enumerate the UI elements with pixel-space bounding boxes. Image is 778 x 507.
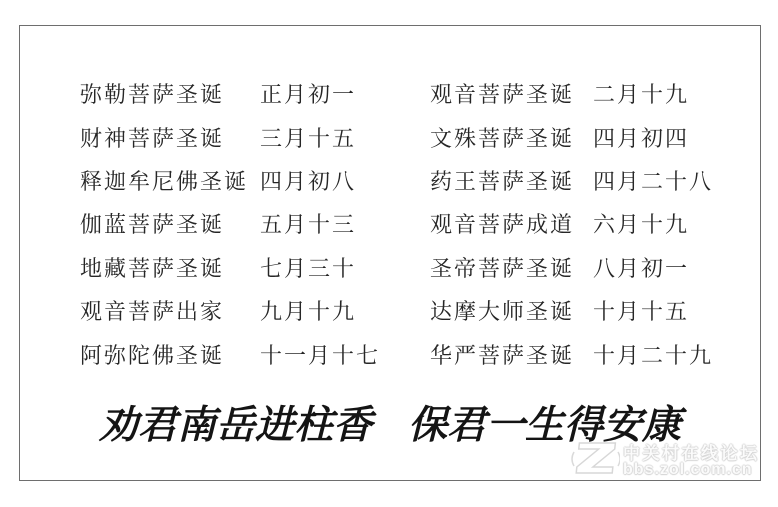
deity-entry-name: 文殊菩萨圣诞 [430,122,593,153]
deity-entry-name: 阿弥陀佛圣诞 [80,339,260,370]
festival-date: 十一月十七 [260,339,430,370]
festival-table: 弥勒菩萨圣诞 正月初一 观音菩萨圣诞 二月十九 财神菩萨圣诞 三月十五 文殊菩萨… [80,72,768,376]
festival-date: 四月初四 [593,122,768,153]
deity-entry-name: 观音菩萨出家 [80,295,260,326]
festival-date: 八月初一 [593,252,768,283]
festival-date: 四月二十八 [593,165,768,196]
deity-entry-name: 观音菩萨成道 [430,208,593,239]
deity-entry-name: 地藏菩萨圣诞 [80,252,260,283]
deity-entry-name: 圣帝菩萨圣诞 [430,252,593,283]
festival-date: 五月十三 [260,208,430,239]
zol-watermark: 中关村在线论坛 bbs.zol.com.cn [568,437,778,486]
deity-entry-name: 财神菩萨圣诞 [80,122,260,153]
festival-date: 九月十九 [260,295,430,326]
festival-date: 七月三十 [260,252,430,283]
blessing-verse-left: 劝君南岳进柱香 [99,402,372,448]
festival-date: 十月二十九 [593,339,768,370]
festival-date: 六月十九 [593,208,768,239]
festival-date: 三月十五 [260,122,430,153]
deity-entry-name: 释迦牟尼佛圣诞 [80,165,260,196]
zol-z-logo-icon [568,437,620,486]
deity-entry-name: 达摩大师圣诞 [430,295,593,326]
deity-entry-name: 弥勒菩萨圣诞 [80,78,260,109]
deity-entry-name: 华严菩萨圣诞 [430,339,593,370]
festival-date: 四月初八 [260,165,430,196]
deity-entry-name: 伽蓝菩萨圣诞 [80,208,260,239]
buddhist-festival-calendar-page: 弥勒菩萨圣诞 正月初一 观音菩萨圣诞 二月十九 财神菩萨圣诞 三月十五 文殊菩萨… [0,0,778,507]
zol-site-url: bbs.zol.com.cn [623,462,760,478]
deity-entry-name: 观音菩萨圣诞 [430,78,593,109]
festival-date: 十月十五 [593,295,768,326]
festival-date: 二月十九 [593,78,768,109]
festival-date: 正月初一 [260,78,430,109]
deity-entry-name: 药王菩萨圣诞 [430,165,593,196]
zol-site-name: 中关村在线论坛 [623,445,760,462]
zol-watermark-text: 中关村在线论坛 bbs.zol.com.cn [623,445,760,479]
